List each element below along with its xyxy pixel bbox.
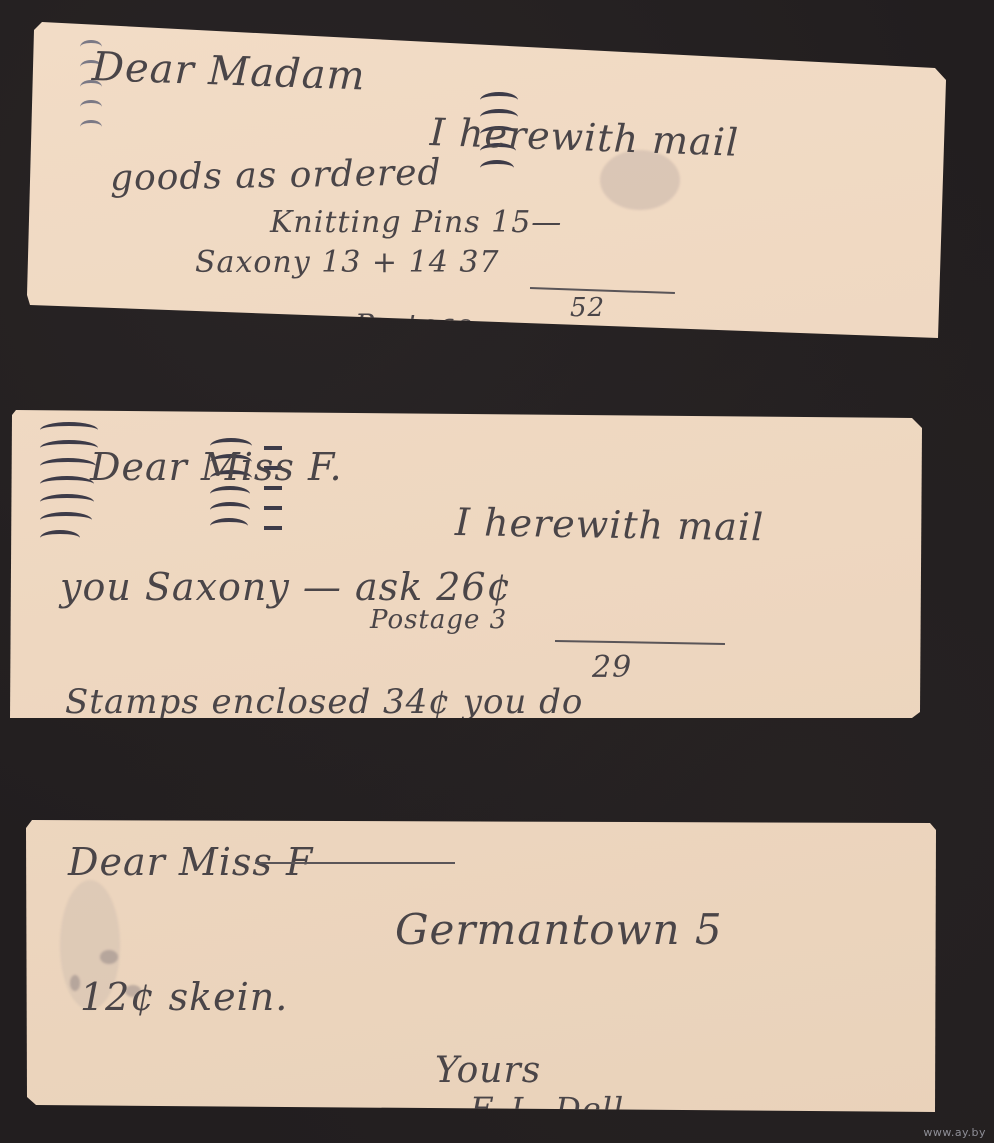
ink-smudge — [70, 975, 80, 991]
card1-line-3: Knitting Pins 15— — [270, 205, 562, 240]
card2-sum-line — [555, 640, 725, 645]
card3-line-1: Germantown 5 — [395, 905, 723, 954]
card2-line-3: Postage 3 — [370, 605, 507, 635]
card3-dash-line — [255, 862, 455, 864]
card1-line-4: Saxony 13 + 14 37 — [195, 245, 500, 280]
ink-smudge — [100, 950, 118, 964]
card3-closing: Yours — [435, 1050, 541, 1091]
card2-salutation: Dear Miss F. — [90, 445, 343, 489]
card2-line-1: I herewith mail — [455, 500, 765, 549]
card1-line-1: I herewith mail — [429, 110, 740, 165]
card2-line-5: Stamps enclosed 34¢ you do — [65, 682, 583, 722]
card2-line-2: you Saxony — ask 26¢ — [60, 565, 512, 609]
card1-line-2: goods as ordered — [110, 152, 442, 199]
card1-total: 52 — [570, 293, 605, 323]
watermark-text: www.ay.by — [923, 1126, 986, 1139]
card3-line-2: 12¢ skein. — [80, 975, 288, 1019]
card2-total: 29 — [592, 650, 632, 685]
card1-salutation: Dear Madam — [91, 44, 366, 100]
